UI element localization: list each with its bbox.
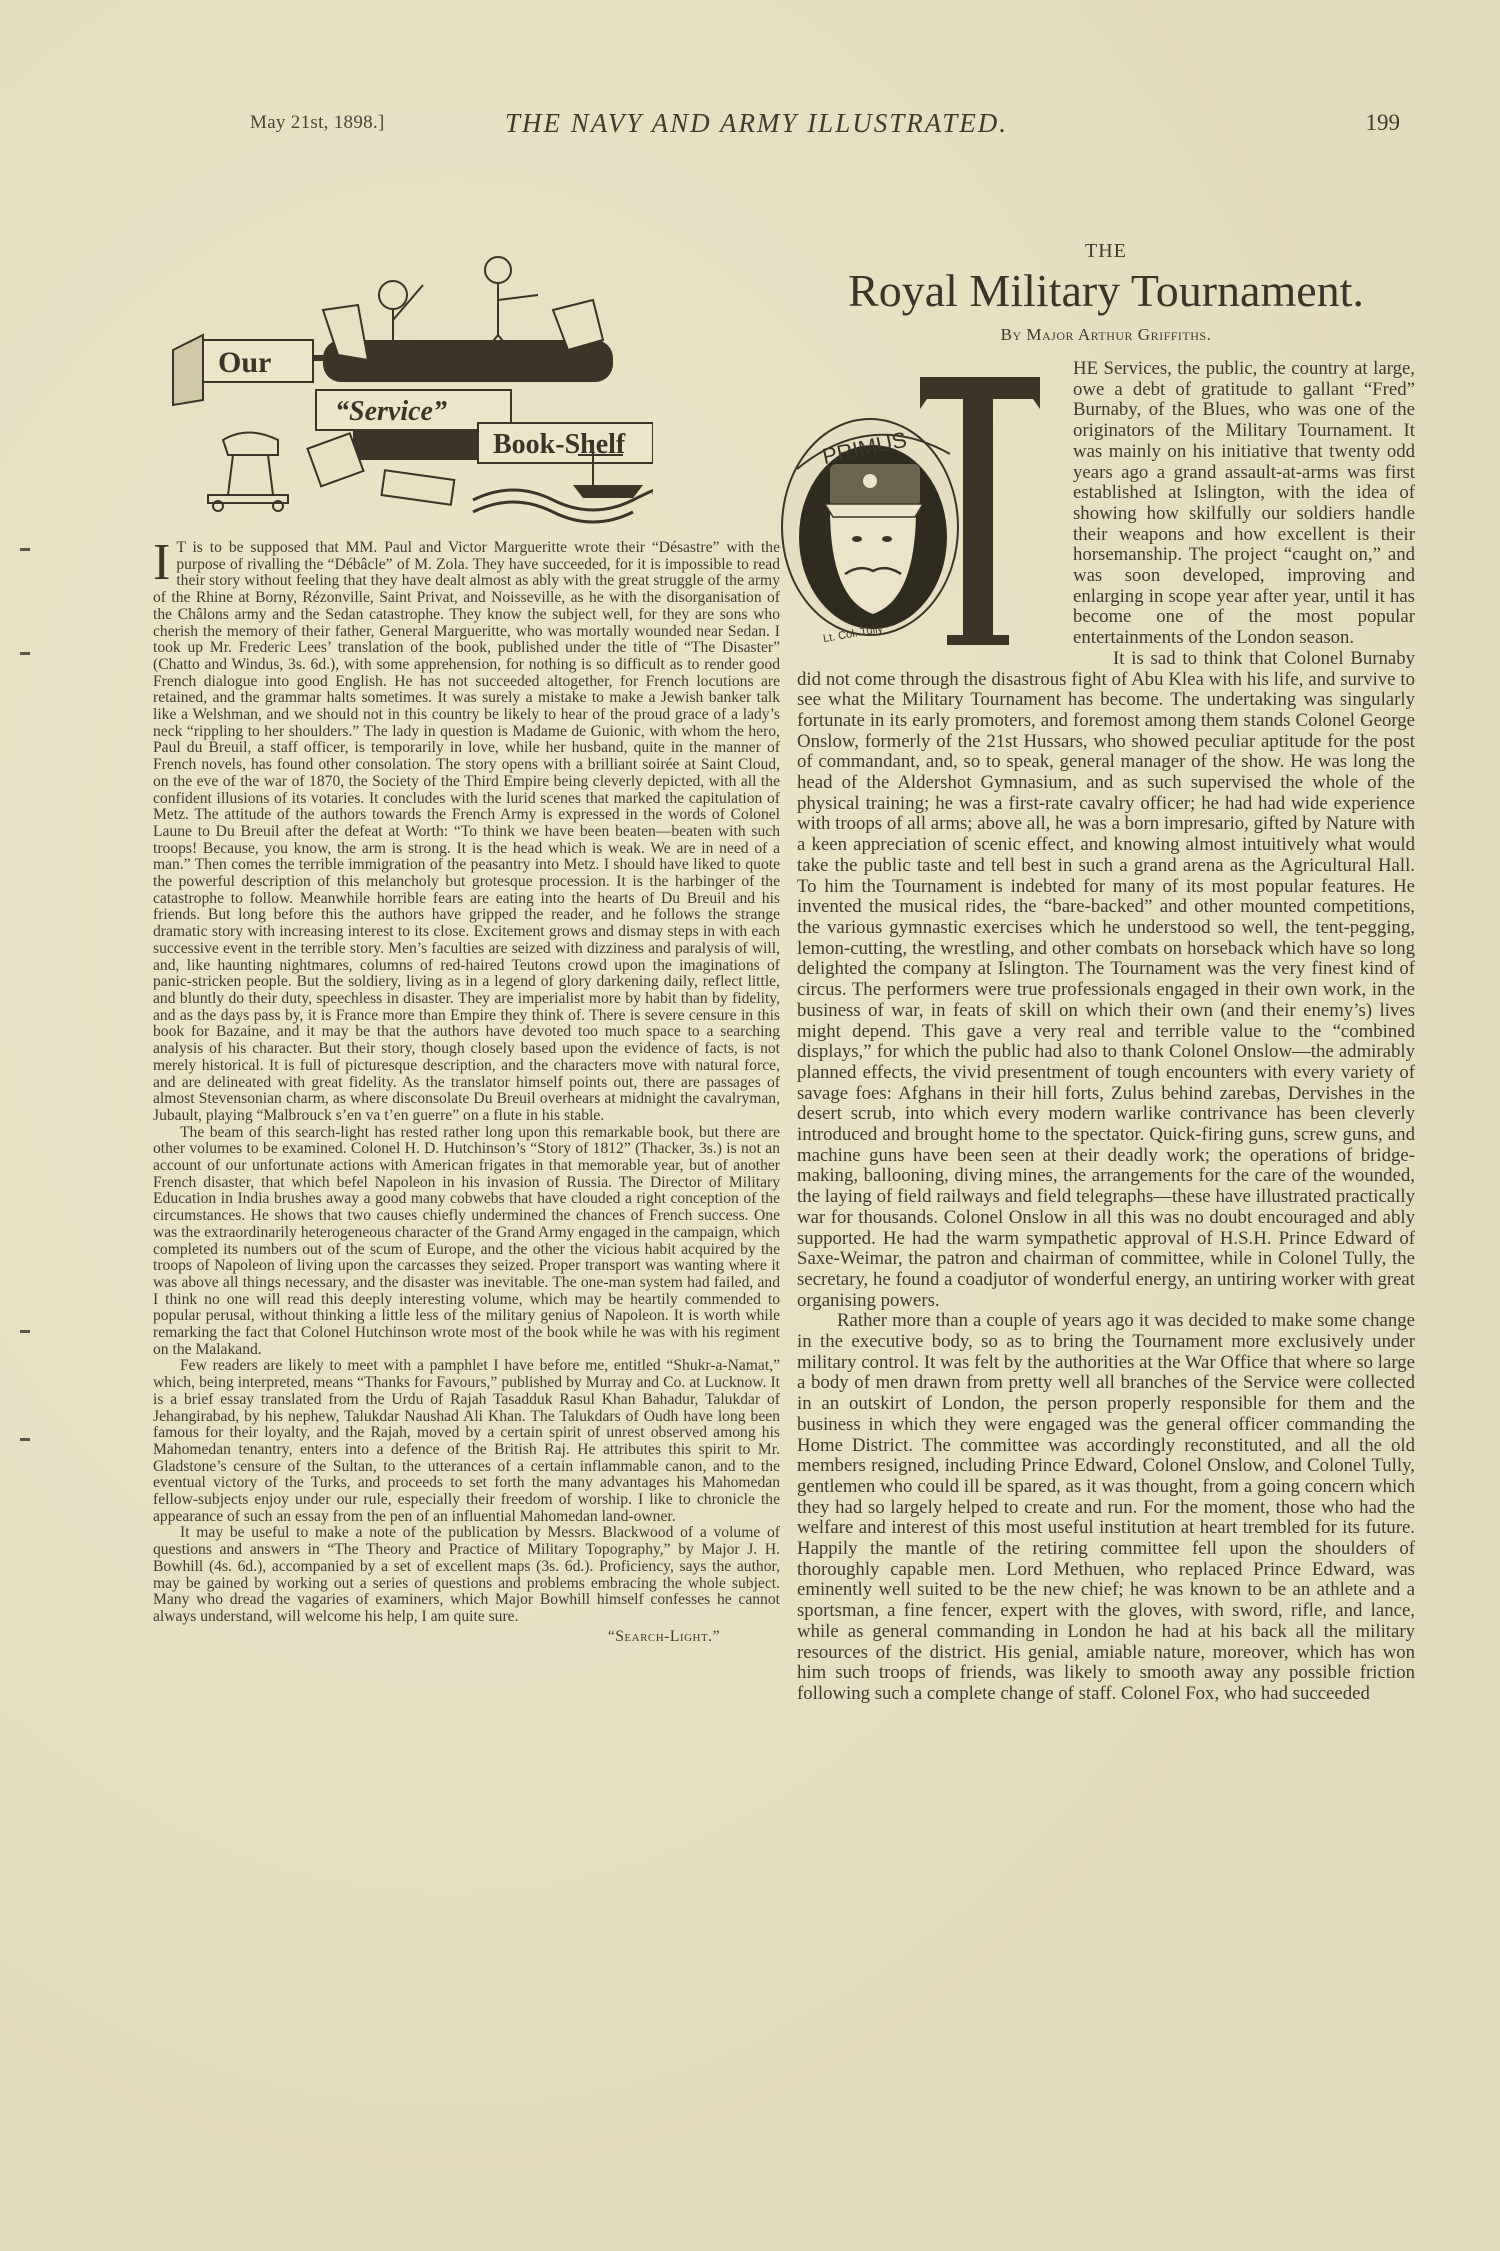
article-byline: By Major Arthur Griffiths. [797, 325, 1415, 345]
publication-title: THE NAVY AND ARMY ILLUSTRATED. [505, 108, 1008, 139]
margin-mark [20, 548, 30, 551]
running-header: May 21st, 1898.] THE NAVY AND ARMY ILLUS… [250, 108, 1400, 140]
review-paragraph: The beam of this search-light has rested… [153, 1125, 780, 1359]
drop-cap: I [153, 542, 170, 584]
portrait-icon: PRIMUS Lt. Col. Tully [775, 359, 1065, 661]
review-paragraph: IT is to be supposed that MM. Paul and V… [153, 540, 780, 1125]
margin-mark [20, 1438, 30, 1441]
page-number: 199 [1366, 110, 1401, 136]
book-shelf-column: Our “Service” Book-Shelf [153, 240, 780, 1646]
book-review-text: IT is to be supposed that MM. Paul and V… [153, 540, 780, 1626]
review-paragraph: Few readers are likely to meet with a pa… [153, 1358, 780, 1525]
book-shelf-banner-illustration: Our “Service” Book-Shelf [153, 240, 653, 540]
article-kicker: THE [797, 240, 1415, 263]
author-signature: “Search-Light.” [153, 1628, 720, 1646]
svg-text:“Service”: “Service” [335, 396, 447, 427]
margin-mark [20, 652, 30, 655]
issue-date: May 21st, 1898.] [250, 112, 385, 134]
svg-text:Our: Our [218, 346, 271, 379]
tournament-article-column: THE Royal Military Tournament. By Major … [797, 240, 1415, 1705]
article-paragraph: Rather more than a couple of years ago i… [797, 1311, 1415, 1704]
cannon-banner-icon: Our “Service” Book-Shelf [153, 240, 653, 540]
review-paragraph: It may be useful to make a note of the p… [153, 1525, 780, 1625]
article-title: Royal Military Tournament. [797, 265, 1415, 317]
article-body: PRIMUS Lt. Col. Tully HE Services, the p… [797, 359, 1415, 1705]
portrait-dropcap: PRIMUS Lt. Col. Tully [775, 359, 1065, 661]
magazine-page: May 21st, 1898.] THE NAVY AND ARMY ILLUS… [0, 0, 1500, 2251]
margin-mark [20, 1330, 30, 1333]
article-paragraph: It is sad to think that Colonel Burnaby … [797, 649, 1415, 1312]
